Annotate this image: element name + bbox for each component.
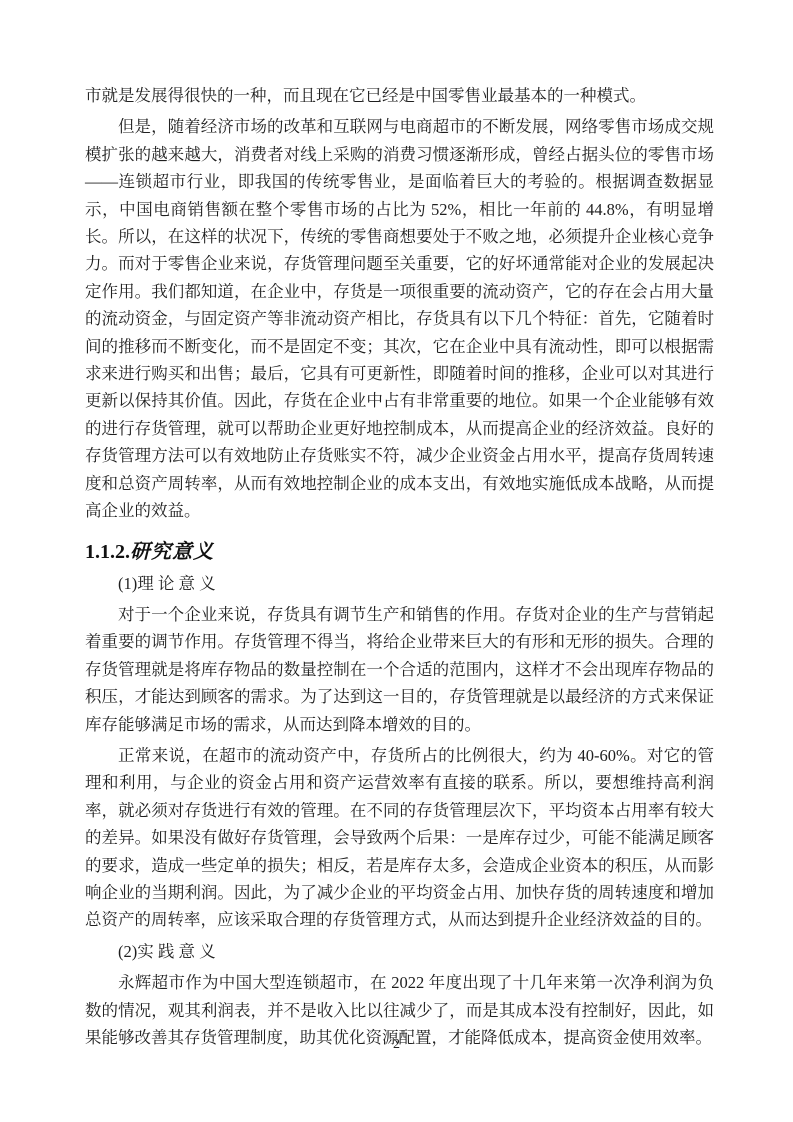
list-item-theory-label: (1)理 论 意 义 [85, 570, 714, 597]
section-heading-1-1-2: 1.1.2.研究意义 [85, 539, 714, 565]
paragraph-continuation: 市就是发展得很快的一种，而且现在它已经是中国零售业最基本的一种模式。 [85, 82, 714, 109]
page-number: 2 [0, 1036, 793, 1054]
paragraph-background: 但是，随着经济市场的改革和互联网与电商超市的不断发展，网络零售市场成交规模扩张的… [85, 113, 714, 524]
page-body: 市就是发展得很快的一种，而且现在它已经是中国零售业最基本的一种模式。 但是，随着… [85, 82, 714, 1051]
paragraph-theory-significance: 对于一个企业来说，存货具有调节生产和销售的作用。存货对企业的生产与营销起着重要的… [85, 601, 714, 738]
section-heading-title: 研究意义 [130, 541, 214, 563]
document-page: 市就是发展得很快的一种，而且现在它已经是中国零售业最基本的一种模式。 但是，随着… [0, 0, 793, 1122]
section-heading-number: 1.1.2. [85, 541, 130, 563]
paragraph-theory-significance-2: 正常来说，在超市的流动资产中，存货所占的比例很大，约为 40-60%。对它的管理… [85, 742, 714, 934]
list-item-practice-label: (2)实 践 意 义 [85, 938, 714, 965]
